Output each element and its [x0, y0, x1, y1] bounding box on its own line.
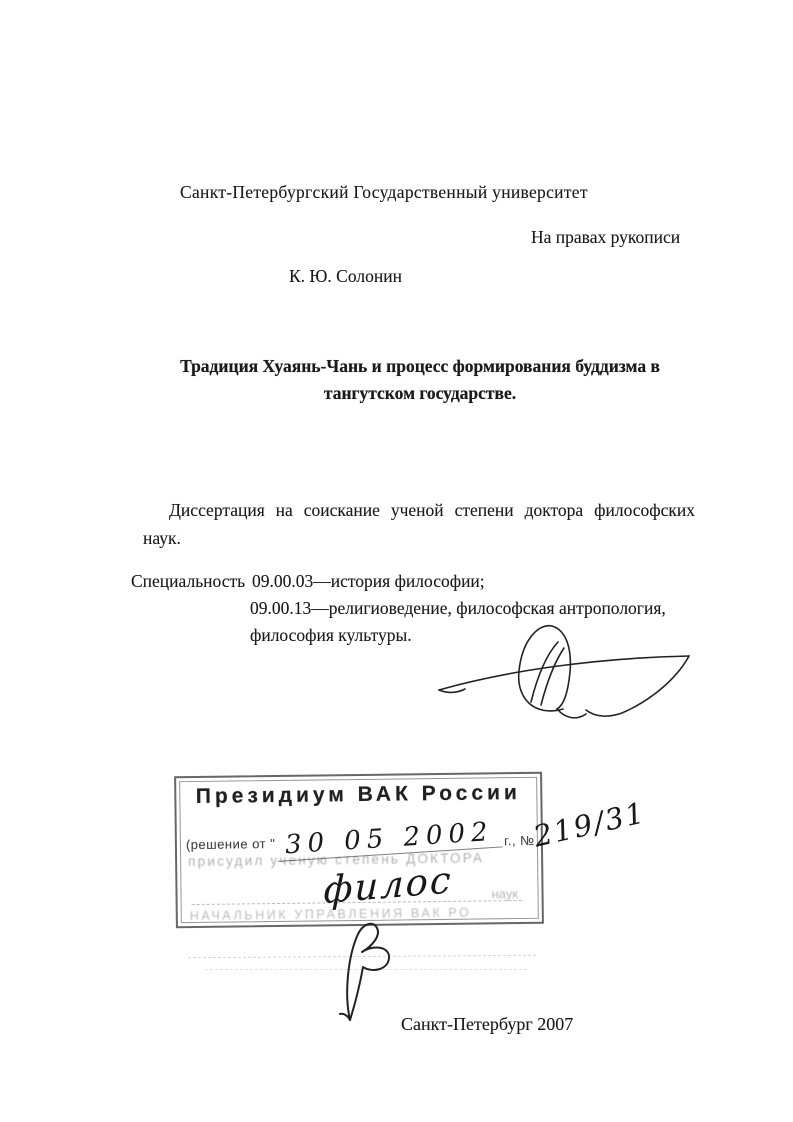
stamp-nauk-label: наук — [491, 886, 518, 901]
stamp-decision-row: (решение от "30 05 2002г., №219/31 — [186, 816, 649, 856]
manuscript-note: На правах рукописи — [531, 227, 680, 249]
signature-scribble — [435, 616, 697, 726]
degree-statement-line2: наук. — [143, 525, 695, 553]
stamp-decision-suffix: г., № — [504, 833, 535, 848]
specialty-item-3: философия культуры. — [250, 625, 412, 646]
degree-statement: Диссертация на соискание ученой степени … — [143, 497, 695, 552]
degree-statement-line1: Диссертация на соискание ученой степени … — [143, 497, 695, 525]
dissertation-title-line1: Традиция Хуаянь-Чань и процесс формирова… — [135, 353, 705, 380]
scan-artifact-line — [205, 969, 527, 970]
stamp-decision-prefix: (решение от " — [186, 836, 276, 852]
university-name: Санкт-Петербургский Государственный унив… — [180, 182, 588, 204]
author-name: К. Ю. Солонин — [289, 266, 402, 288]
dissertation-title-line2: тангутском государстве. — [135, 380, 705, 407]
scanned-page: Санкт-Петербургский Государственный унив… — [0, 0, 793, 1122]
handwritten-flourish — [330, 920, 408, 1022]
vak-stamp: Президиум ВАК России (решение от "30 05 … — [174, 772, 544, 928]
specialty-label: Специальность — [131, 571, 245, 593]
specialty-item-1: 09.00.03—история философии; — [252, 571, 485, 592]
city-year: Санкт-Петербург 2007 — [401, 1013, 573, 1036]
dissertation-title: Традиция Хуаянь-Чань и процесс формирова… — [135, 353, 705, 407]
stamp-header: Президиум ВАК России — [176, 781, 540, 809]
stamp-decision-number-handwritten: 219/31 — [530, 795, 649, 853]
